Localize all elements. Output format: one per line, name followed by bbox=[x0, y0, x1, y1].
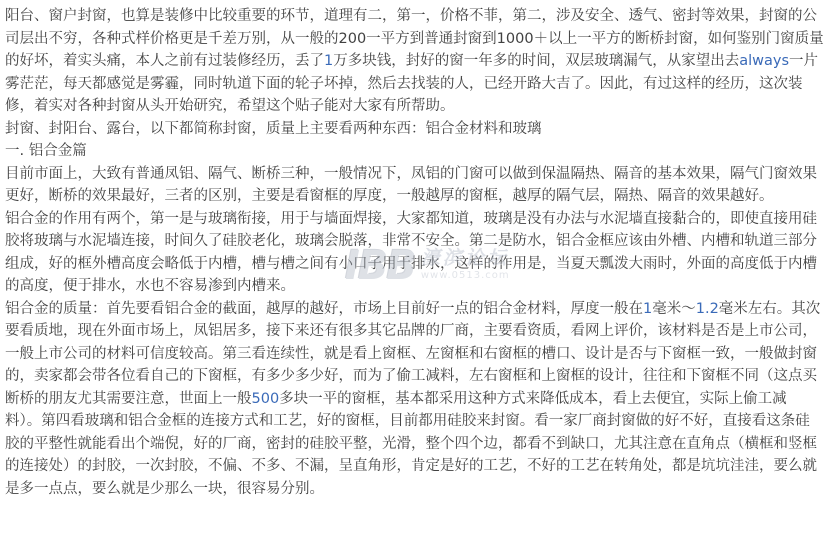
body-text: 毫米～ bbox=[652, 301, 696, 317]
text-line: 目前市面上，大致有普通凤铝、隔气、断桥三种，一般情况下，凤铝的门窗可以做到保温隔… bbox=[5, 163, 821, 186]
body-text: 毫米左右。其次 bbox=[719, 301, 821, 317]
text-line: 胶将玻璃与水泥墙连接，时间久了硅胶老化，玻璃会脱落，非常不安全。第二是防水，铝合… bbox=[5, 230, 821, 253]
text-line: 一. 铝合金篇 bbox=[5, 140, 821, 163]
highlighted-text: 1 bbox=[643, 301, 652, 317]
body-text: 一. 铝合金篇 bbox=[5, 143, 87, 159]
text-line: 的好坏，着实头痛，本人之前有过装修经历，丢了1万多块钱，封好的窗一年多的时间，双… bbox=[5, 50, 821, 73]
text-line: 司层出不穷，各种式样价格更是千差万别，从一般的200一平方到普通封窗到1000＋… bbox=[5, 28, 821, 51]
body-text: 的，卖家都会带各位看自己的下窗框，有多少多少好，而为了偷工减料，左右窗框和上窗框… bbox=[5, 368, 817, 384]
body-text: 要看质地，现在外面市场上，凤铝居多，接下来还有很多其它品牌的厂商，主要看资质，看… bbox=[5, 323, 817, 339]
highlighted-text: 1.2 bbox=[696, 301, 719, 317]
highlighted-text: 1 bbox=[324, 53, 333, 69]
body-text: 铝合金的质量：首先要看铝合金的截面，越厚的越好，市场上目前好一点的铝合金材料，厚… bbox=[5, 301, 643, 317]
body-text: 阳台、窗户封窗，也算是装修中比较重要的环节，道理有二，第一，价格不菲，第二，涉及… bbox=[5, 8, 817, 24]
text-line: 组成，好的框外槽高度会略低于内槽，槽与槽之间有小口子用于排水，这样的作用是，当夏… bbox=[5, 253, 821, 276]
body-text: 是多一点点，要么就是少那么一块，很容易分别。 bbox=[5, 481, 324, 497]
body-text: 组成，好的框外槽高度会略低于内槽，槽与槽之间有小口子用于排水，这样的作用是，当夏… bbox=[5, 256, 817, 272]
body-text: 目前市面上，大致有普通凤铝、隔气、断桥三种，一般情况下，凤铝的门窗可以做到保温隔… bbox=[5, 166, 817, 182]
text-line: 铝合金的作用有两个，第一是与玻璃衔接，用于与墙面焊接，大家都知道，玻璃是没有办法… bbox=[5, 208, 821, 231]
body-text: 胶将玻璃与水泥墙连接，时间久了硅胶老化，玻璃会脱落，非常不安全。第二是防水，铝合… bbox=[5, 233, 817, 249]
text-line: 阳台、窗户封窗，也算是装修中比较重要的环节，道理有二，第一，价格不菲，第二，涉及… bbox=[5, 5, 821, 28]
text-line: 的，卖家都会带各位看自己的下窗框，有多少多少好，而为了偷工减料，左右窗框和上窗框… bbox=[5, 365, 821, 388]
body-text: 司层出不穷，各种式样价格更是千差万别，从一般的200一平方到普通封窗到1000＋… bbox=[5, 31, 824, 47]
text-line: 是多一点点，要么就是少那么一块，很容易分别。 bbox=[5, 478, 821, 501]
post-body-text: 阳台、窗户封窗，也算是装修中比较重要的环节，道理有二，第一，价格不菲，第二，涉及… bbox=[5, 5, 821, 500]
text-line: 胶的平整性就能看出个端倪，好的厂商，密封的硅胶平整，光滑，整个四个边，都看不到缺… bbox=[5, 433, 821, 456]
text-line: 修，着实对各种封窗从头开始研究，希望这个贴子能对大家有所帮助。 bbox=[5, 95, 821, 118]
forum-post-page: 阳台、窗户封窗，也算是装修中比较重要的环节，道理有二，第一，价格不菲，第二，涉及… bbox=[0, 0, 826, 533]
body-text: 断桥的朋友尤其需要注意，世面上一般 bbox=[5, 391, 252, 407]
body-text: 的好坏，着实头痛，本人之前有过装修经历，丢了 bbox=[5, 53, 324, 69]
text-line: 要看质地，现在外面市场上，凤铝居多，接下来还有很多其它品牌的厂商，主要看资质，看… bbox=[5, 320, 821, 343]
body-text: 的连接处）的封胶，一次封胶，不偏、不多、不漏，呈直角形，肯定是好的工艺，不好的工… bbox=[5, 458, 817, 474]
text-line: 料）。第四看玻璃和铝合金框的连接方式和工艺，好的窗框，目前都用硅胶来封窗。看一家… bbox=[5, 410, 821, 433]
body-text: 封窗、封阳台、露台，以下都简称封窗，质量上主要看两种东西：铝合金材料和玻璃 bbox=[5, 121, 542, 137]
text-line: 断桥的朋友尤其需要注意，世面上一般500多块一平的窗框，基本都采用这种方式来降低… bbox=[5, 388, 821, 411]
text-line: 的连接处）的封胶，一次封胶，不偏、不多、不漏，呈直角形，肯定是好的工艺，不好的工… bbox=[5, 455, 821, 478]
body-text: 更好，断桥的效果最好，三者的区别，主要是看窗框的厚度，一般越厚的窗框，越厚的隔气… bbox=[5, 188, 774, 204]
body-text: 万多块钱，封好的窗一年多的时间，双层玻璃漏气，从家望出去 bbox=[333, 53, 739, 69]
text-line: 的高度，便于排水，水也不容易渗到内槽来。 bbox=[5, 275, 821, 298]
body-text: 的高度，便于排水，水也不容易渗到内槽来。 bbox=[5, 278, 295, 294]
text-line: 一般上市公司的材料可信度较高。第三看连续性，就是看上窗框、左窗框和右窗框的槽口、… bbox=[5, 343, 821, 366]
text-line: 更好，断桥的效果最好，三者的区别，主要是看窗框的厚度，一般越厚的窗框，越厚的隔气… bbox=[5, 185, 821, 208]
body-text: 铝合金的作用有两个，第一是与玻璃衔接，用于与墙面焊接，大家都知道，玻璃是没有办法… bbox=[5, 211, 817, 227]
body-text: 一般上市公司的材料可信度较高。第三看连续性，就是看上窗框、左窗框和右窗框的槽口、… bbox=[5, 346, 817, 362]
body-text: 修，着实对各种封窗从头开始研究，希望这个贴子能对大家有所帮助。 bbox=[5, 98, 455, 114]
text-line: 雾茫茫，每天都感觉是雾霾，同时轨道下面的轮子坏掉，然后去找装的人，已经开路大吉了… bbox=[5, 73, 821, 96]
body-text: 一片 bbox=[789, 53, 818, 69]
highlighted-text: 500 bbox=[252, 391, 280, 407]
body-text: 多块一平的窗框，基本都采用这种方式来降低成本，看上去便宜，实际上偷工减 bbox=[279, 391, 787, 407]
highlighted-text: always bbox=[739, 53, 789, 69]
body-text: 料）。第四看玻璃和铝合金框的连接方式和工艺，好的窗框，目前都用硅胶来封窗。看一家… bbox=[5, 413, 810, 429]
text-line: 铝合金的质量：首先要看铝合金的截面，越厚的越好，市场上目前好一点的铝合金材料，厚… bbox=[5, 298, 821, 321]
body-text: 胶的平整性就能看出个端倪，好的厂商，密封的硅胶平整，光滑，整个四个边，都看不到缺… bbox=[5, 436, 817, 452]
body-text: 雾茫茫，每天都感觉是雾霾，同时轨道下面的轮子坏掉，然后去找装的人，已经开路大吉了… bbox=[5, 76, 803, 92]
text-line: 封窗、封阳台、露台，以下都简称封窗，质量上主要看两种东西：铝合金材料和玻璃 bbox=[5, 118, 821, 141]
